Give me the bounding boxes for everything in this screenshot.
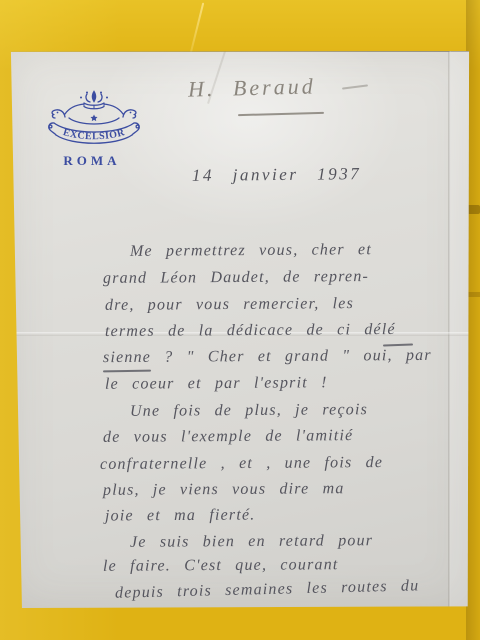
scratch-mark — [190, 3, 205, 54]
photo-backdrop: EXCELSIOR ROMA H. Beraud 14 janvier 1937… — [0, 0, 480, 640]
hotel-name-label: EXCELSIOR — [62, 127, 127, 142]
excelsior-crest-icon: EXCELSIOR — [46, 89, 142, 155]
letter-line: sienne ? " Cher et grand " oui, par — [103, 347, 432, 367]
letter-line: le coeur et par l'esprit ! — [105, 374, 328, 394]
letter-line: depuis trois semaines les routes du — [115, 577, 420, 602]
pencil-underline — [238, 112, 324, 116]
letter-line: joie et ma fierté. — [105, 506, 256, 525]
city-label: ROMA — [50, 153, 134, 169]
svg-text:EXCELSIOR: EXCELSIOR — [62, 127, 127, 142]
ink-underline — [103, 370, 151, 373]
letter-paper: EXCELSIOR ROMA H. Beraud 14 janvier 1937… — [10, 51, 470, 608]
letter-line: grand Léon Daudet, de repren- — [103, 268, 369, 288]
letter-line: Me permettrez vous, cher et — [130, 241, 372, 261]
letter-line: confraternelle , et , une fois de — [100, 454, 383, 474]
pencil-dash-mark — [342, 84, 368, 89]
letter-line: Une fois de plus, je reçois — [130, 401, 368, 421]
letter-line: termes de la dédicace de ci délé — [105, 321, 396, 341]
letter-line: de vous l'exemple de l'amitié — [103, 427, 354, 447]
letter-date: 14 janvier 1937 — [192, 164, 361, 186]
letter-line: dre, pour vous remercier, les — [105, 295, 354, 315]
folded-paper-strip — [451, 51, 470, 608]
letter-line: Je suis bien en retard pour — [130, 532, 373, 552]
pencil-author-name: H. Beraud — [188, 73, 316, 102]
letter-line: plus, je viens vous dire ma — [103, 480, 345, 500]
letter-line: le faire. C'est que, courant — [103, 556, 339, 576]
